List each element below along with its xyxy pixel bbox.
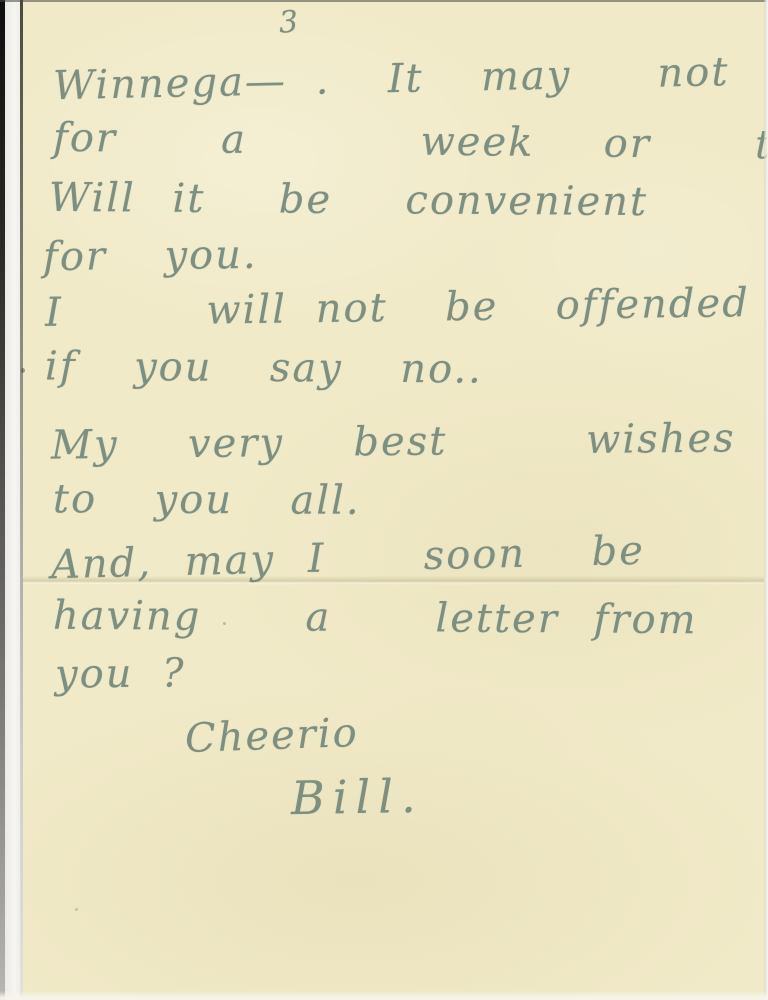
signature: Bill. [291, 773, 424, 821]
closing-line: Cheerio [184, 713, 359, 759]
scan-edge-top [0, 0, 768, 2]
scanned-letter: 3 Winnega— . It may not be for a week or… [0, 0, 768, 1000]
handwritten-line: for you. [43, 235, 258, 277]
letter-page: 3 Winnega— . It may not be for a week or… [23, 0, 764, 1000]
handwritten-line: to you all. [53, 479, 361, 521]
paper-speck [223, 622, 226, 625]
scan-edge-bottom [0, 991, 768, 1000]
handwritten-line: I will not be offended [45, 283, 750, 333]
handwritten-line: for a week or two. [53, 118, 768, 166]
handwritten-line: Will it be convenient [49, 178, 648, 222]
paper-speck [75, 908, 78, 911]
handwritten-line: having a letter from [53, 596, 698, 640]
scan-edge-right [764, 0, 768, 1000]
page-number: 3 [278, 7, 301, 38]
paper-left-edge-shadow [20, 0, 23, 1000]
handwritten-line: you ? [55, 653, 186, 694]
handwritten-line: Winnega— . It may not be [53, 50, 768, 106]
scan-margin-strip [5, 0, 21, 1000]
scan-root: { "document": { "type": "scanned handwri… [0, 0, 768, 1000]
handwritten-line: if you say no.. [45, 346, 483, 389]
handwritten-line: My very best wishes [51, 418, 736, 465]
